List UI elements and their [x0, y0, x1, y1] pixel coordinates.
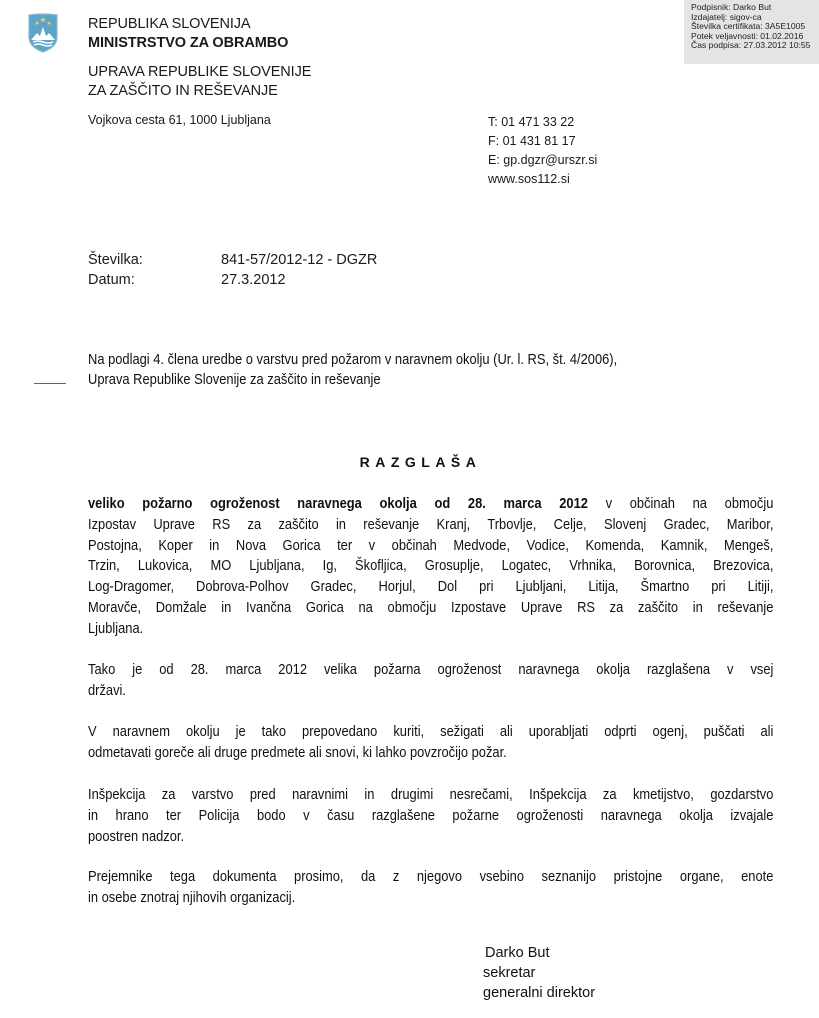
header-address: Vojkova cesta 61, 1000 Ljubljana [88, 113, 271, 127]
paragraph-line: V naravnem okolju je tako prepovedano ku… [88, 722, 773, 743]
header-administration: UPRAVA REPUBLIKE SLOVENIJE [88, 64, 311, 80]
paragraph-line: Inšpekcija za varstvo pred naravnimi in … [88, 785, 773, 806]
paragraph-line: Tako je od 28. marca 2012 velika požarna… [88, 660, 773, 681]
contact-website[interactable]: www.sos112.si [488, 170, 597, 189]
paragraph-line: Trzin, Lukovica, MO Ljubljana, Ig, Škofl… [88, 556, 773, 577]
paragraph-nationwide: Tako je od 28. marca 2012 velika požarna… [88, 660, 773, 702]
document-date-row: Datum: 27.3.2012 [88, 270, 377, 290]
declaration-lead-rest: v občinah na območju [588, 495, 773, 512]
header-ministry: MINISTRSTVO ZA OBRAMBO [88, 35, 288, 51]
signatory-title: generalni direktor [483, 983, 595, 1003]
intro-line: Uprava Republike Slovenije za zaščito in… [88, 370, 690, 390]
paragraph-line: Ljubljana. [88, 619, 773, 640]
signatory-name: Darko But [483, 943, 595, 963]
paragraph-line: Prejemnike tega dokumenta prosimo, da z … [88, 867, 773, 888]
declaration-bold-lead: veliko požarno ogroženost naravnega okol… [88, 495, 588, 512]
document-title: RAZGLAŠA [0, 454, 819, 470]
digital-signature-box: Podpisnik: Darko But Izdajatelj: sigov-c… [684, 0, 819, 64]
contact-email[interactable]: E: gp.dgzr@urszr.si [488, 151, 597, 170]
intro-line: Na podlagi 4. člena uredbe o varstvu pre… [88, 350, 690, 370]
signature-block: Darko But sekretar generalni direktor [483, 943, 595, 1003]
contact-fax: F: 01 431 81 17 [488, 132, 597, 151]
paragraph-line: Log-Dragomer, Dobrova-Polhov Gradec, Hor… [88, 577, 773, 598]
paragraph-prohibition: V naravnem okolju je tako prepovedano ku… [88, 722, 773, 764]
paragraph-line: Izpostav Uprave RS za zaščito in reševan… [88, 515, 773, 536]
paragraph-line: odmetavati goreče ali druge predmete ali… [88, 743, 773, 764]
document-meta: Številka: 841-57/2012-12 - DGZR Datum: 2… [88, 250, 377, 290]
document-number-row: Številka: 841-57/2012-12 - DGZR [88, 250, 377, 270]
signature-time: Čas podpisa: 27.03.2012 10:55 [691, 41, 819, 51]
paragraph-line: državi. [88, 681, 773, 702]
paragraph-line: in osebe znotraj njihovih organizacij. [88, 888, 773, 909]
document-number-label: Številka: [88, 250, 221, 270]
signatory-role: sekretar [483, 963, 595, 983]
paragraph-line: in hrano ter Policija bodo v času razgla… [88, 806, 773, 827]
contact-phone: T: 01 471 33 22 [488, 113, 597, 132]
paragraph-recipients: Prejemnike tega dokumenta prosimo, da z … [88, 867, 773, 909]
intro-paragraph: Na podlagi 4. člena uredbe o varstvu pre… [88, 350, 690, 390]
paragraph-line: poostren nadzor. [88, 827, 773, 848]
slovenia-coat-of-arms-icon [27, 13, 59, 53]
document-number-value: 841-57/2012-12 - DGZR [221, 250, 377, 270]
fold-mark [34, 383, 66, 384]
paragraph-line: Moravče, Domžale in Ivančna Gorica na ob… [88, 598, 773, 619]
paragraph-line: veliko požarno ogroženost naravnega okol… [88, 494, 773, 515]
header-republic: REPUBLIKA SLOVENIJA [88, 16, 251, 32]
document-date-value: 27.3.2012 [221, 270, 286, 290]
paragraph-inspection: Inšpekcija za varstvo pred naravnimi in … [88, 785, 773, 847]
header-administration-sub: ZA ZAŠČITO IN REŠEVANJE [88, 83, 278, 99]
paragraph-line: Postojna, Koper in Nova Gorica ter v obč… [88, 536, 773, 557]
paragraph-declaration: veliko požarno ogroženost naravnega okol… [88, 494, 773, 640]
document-date-label: Datum: [88, 270, 221, 290]
contact-block: T: 01 471 33 22 F: 01 431 81 17 E: gp.dg… [488, 113, 597, 189]
